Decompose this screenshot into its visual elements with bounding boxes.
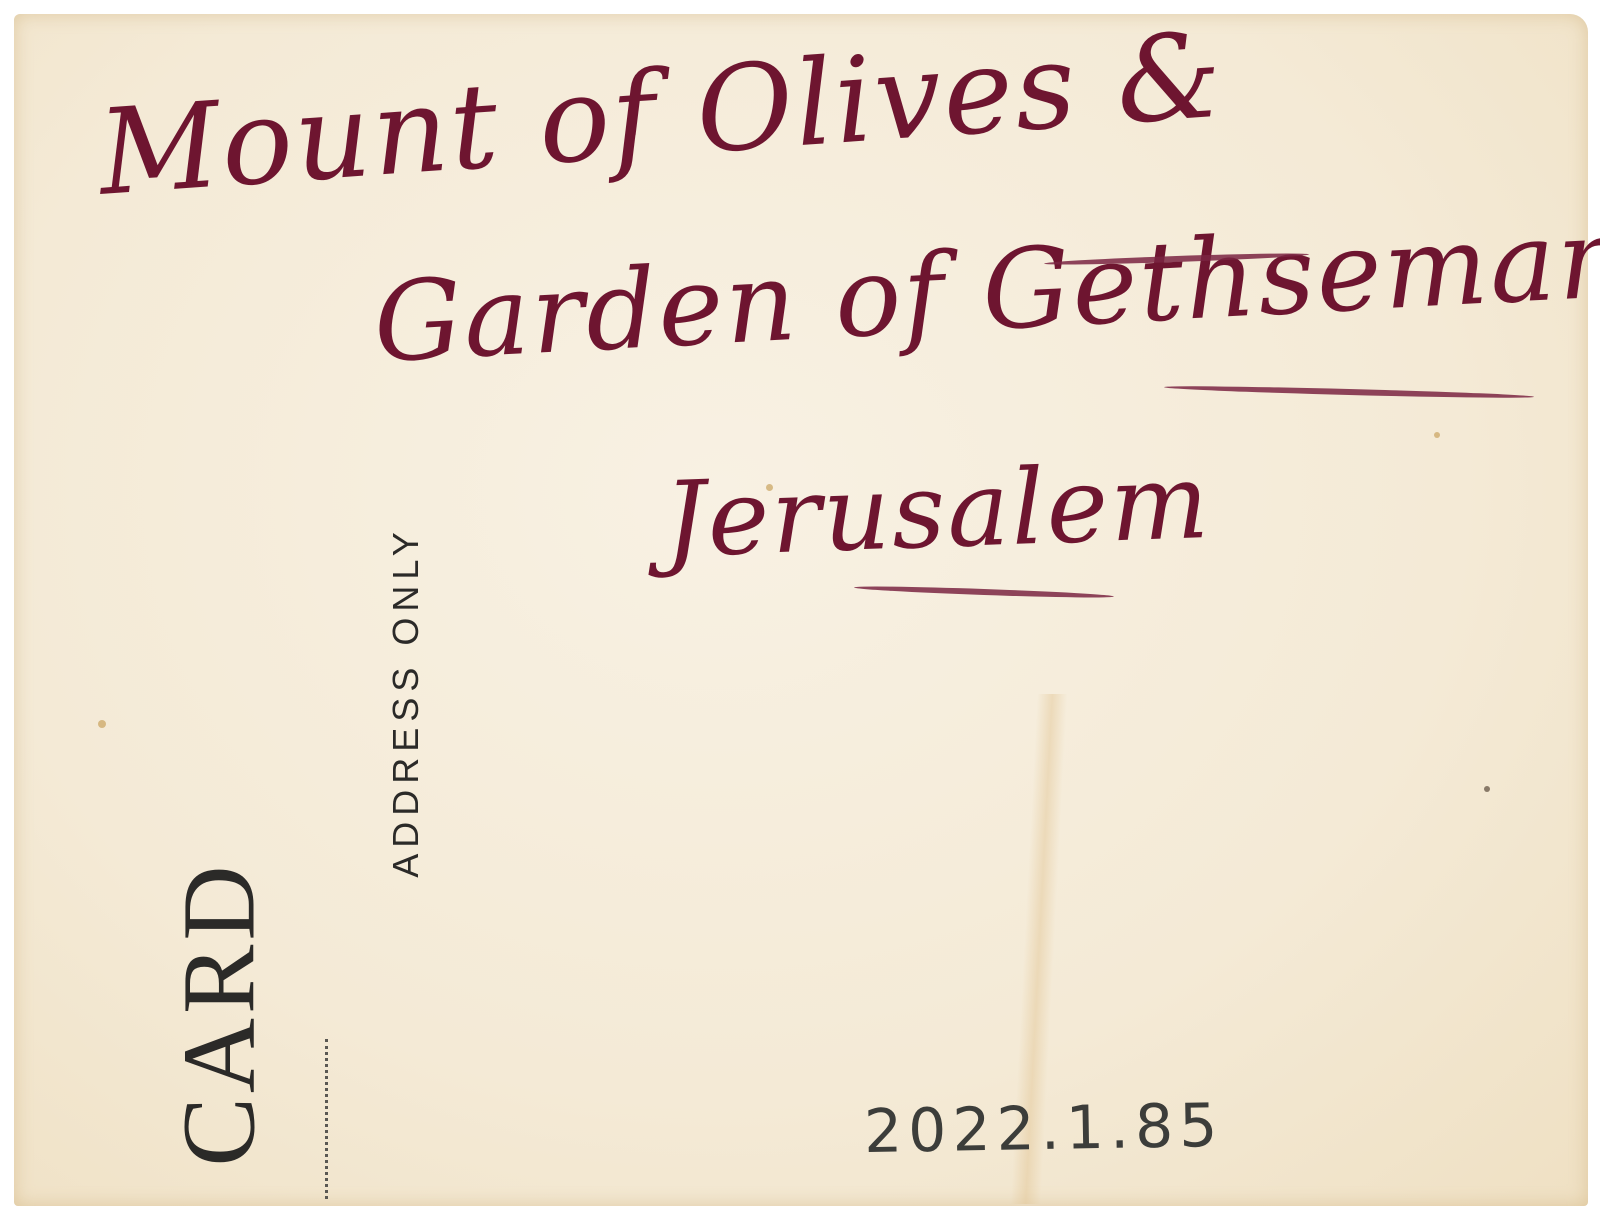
foxing-spot xyxy=(1484,786,1490,792)
handwritten-line-2: Garden of Gethsemane xyxy=(371,190,1600,387)
postcard-back: Mount of Olives & Garden of Gethsemane J… xyxy=(14,14,1588,1206)
foxing-spot xyxy=(766,484,773,491)
foxing-spot xyxy=(1434,432,1440,438)
ink-underline xyxy=(1164,384,1534,400)
handwritten-line-3: Jerusalem xyxy=(662,440,1213,581)
dotted-divider xyxy=(325,1039,328,1199)
foxing-spot xyxy=(98,720,106,728)
handwritten-line-1: Mount of Olives & xyxy=(94,6,1228,222)
ink-underline xyxy=(854,584,1114,599)
printed-card-label: CARD xyxy=(160,862,279,1167)
printed-address-label: ADDRESS ONLY xyxy=(385,526,427,877)
accession-number: 2022.1.85 xyxy=(863,1091,1224,1167)
